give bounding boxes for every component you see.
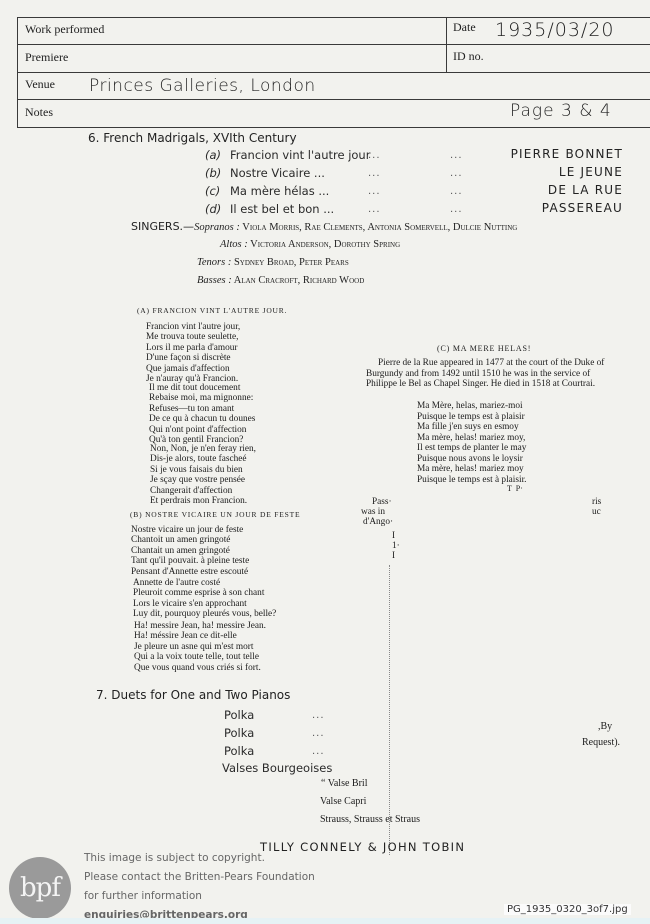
piece-title: Polka <box>224 708 254 722</box>
leader-dots: ... <box>450 150 463 161</box>
copyright-notice: This image is subject to copyright. Plea… <box>84 849 315 924</box>
work-performed-label: Work performed <box>25 22 104 37</box>
sopranos-names: Viola Morris, Rae Clements, Antonia Some… <box>242 222 517 233</box>
fold-crease-line <box>389 565 390 855</box>
leader-dots: ... <box>450 168 463 179</box>
piece-title: Valses Bourgeoises <box>222 761 332 775</box>
altos-names: Victoria Anderson, Dorothy Spring <box>250 239 400 250</box>
composer-name: PIERRE BONNET <box>511 147 623 161</box>
lyric-a-stanza: Non, Non, je n'en feray rien, Dis-je alo… <box>150 444 256 506</box>
bottom-band <box>0 918 650 924</box>
piece-title: Il est bel et bon ... <box>230 202 334 216</box>
form-row-divider <box>17 44 650 45</box>
piece-title: Polka <box>224 744 254 758</box>
valse-title: “ Valse Bril <box>321 779 367 789</box>
item-6-title: 6. French Madrigals, XVIth Century <box>88 131 297 145</box>
lyric-d-fragment-line: uc <box>592 507 601 517</box>
form-column-divider <box>446 17 447 72</box>
date-label: Date <box>453 20 476 35</box>
lyric-d-fragment-mark: I <box>392 531 395 541</box>
date-value: 1935/03/20 <box>495 19 615 41</box>
lyric-d-fragment-line: Pass· <box>372 497 392 507</box>
lyric-c-note: Pierre de la Rue appeared in 1477 at the… <box>366 358 606 390</box>
piece-title: Ma mère hélas ... <box>230 184 329 198</box>
piece-letter: (a) <box>205 148 221 162</box>
singers-basses: Basses : Alan Cracroft, Richard Wood <box>197 275 364 286</box>
lyric-a-stanza: Il me dit tout doucement Rebaise moi, ma… <box>149 383 255 445</box>
leader-dots: ... <box>368 168 381 179</box>
form-border-top <box>17 17 650 18</box>
lyric-d-fragment-line: was in <box>361 507 385 517</box>
leader-dots: ... <box>312 728 325 739</box>
notes-value: Page 3 & 4 <box>510 101 612 121</box>
altos-label: Altos : <box>220 239 248 250</box>
item-7-title: 7. Duets for One and Two Pianos <box>96 688 290 702</box>
premiere-label: Premiere <box>25 50 68 65</box>
lyric-b-heading: (b) Nostre vicaire un jour de feste <box>130 510 300 519</box>
leader-dots: ... <box>450 204 463 215</box>
catalogue-form: Work performed Premiere Venue Notes Date… <box>17 17 650 128</box>
form-border-left <box>17 17 18 128</box>
lyric-d-fragment-line: ris <box>592 497 601 507</box>
singers-tenors: Tenors : Sydney Broad, Peter Pears <box>197 257 349 268</box>
tenors-names: Sydney Broad, Peter Pears <box>234 257 349 268</box>
copyright-line: This image is subject to copyright. <box>84 849 315 868</box>
lyric-a-stanza: Francion vint l'autre jour, Me trouva to… <box>146 322 240 384</box>
file-name-label: PG_1935_0320_3of7.jpg <box>504 904 631 915</box>
by-request-fragment: Request). <box>582 738 620 748</box>
singers-sopranos: SINGERS.—Sopranos : Viola Morris, Rae Cl… <box>131 220 517 233</box>
venue-label: Venue <box>25 77 55 92</box>
basses-names: Alan Cracroft, Richard Wood <box>234 275 364 286</box>
id-label: ID no. <box>453 49 484 64</box>
basses-label: Basses : <box>197 275 232 286</box>
form-row-divider <box>17 72 650 73</box>
composer-name: DE LA RUE <box>548 183 623 197</box>
venue-value: Princes Galleries, London <box>89 76 316 96</box>
piece-title: Francion vint l'autre jour <box>230 148 370 162</box>
bpf-logo-text: bpf <box>20 873 60 903</box>
by-request-fragment: ,By <box>598 722 612 732</box>
piece-title: Nostre Vicaire ... <box>230 166 325 180</box>
lyric-c-stanza: Ma Mère, helas, mariez-moi Puisque le te… <box>417 401 526 485</box>
lyric-c-heading: (c) Ma mere helas! <box>437 344 531 353</box>
copyright-line: Please contact the Britten-Pears Foundat… <box>84 868 315 887</box>
piece-title: Polka <box>224 726 254 740</box>
lyric-b-stanza: Nostre vicaire un jour de feste Chantoit… <box>131 525 249 577</box>
lyric-b-stanza: Annette de l'autre costé Pleuroit comme … <box>133 578 276 620</box>
composer-name: LE JEUNE <box>559 165 623 179</box>
lyric-d-fragment-mark: 1· <box>392 541 400 551</box>
valse-title: Strauss, Strauss et Straus <box>320 815 420 825</box>
lyric-b-stanza: Ha! messire Jean, ha! messire Jean. Ha! … <box>134 621 266 673</box>
piece-letter: (d) <box>205 202 221 216</box>
leader-dots: ... <box>368 186 381 197</box>
notes-label: Notes <box>25 105 53 120</box>
piece-letter: (c) <box>205 184 220 198</box>
leader-dots: ... <box>368 204 381 215</box>
composer-name: PASSEREAU <box>542 201 623 215</box>
leader-dots: ... <box>450 186 463 197</box>
singers-altos: Altos : Victoria Anderson, Dorothy Sprin… <box>220 239 400 250</box>
form-border-bottom <box>17 127 650 128</box>
lyric-d-fragment-line: d'Ango· <box>363 517 393 527</box>
singers-lead: SINGERS.— <box>131 220 194 233</box>
copyright-line: for further information <box>84 887 315 906</box>
bpf-logo: bpf <box>9 857 71 919</box>
lyric-a-heading: (a) Francion vint l'autre jour. <box>137 306 287 315</box>
leader-dots: ... <box>312 746 325 757</box>
leader-dots: ... <box>312 710 325 721</box>
sopranos-label: Sopranos : <box>194 222 240 233</box>
tenors-label: Tenors : <box>197 257 231 268</box>
lyric-d-heading-fragment: T P· <box>507 484 523 494</box>
lyric-d-fragment-mark: I <box>392 551 395 561</box>
form-row-divider <box>17 99 650 100</box>
leader-dots: ... <box>368 150 381 161</box>
valse-title: Valse Capri <box>320 797 366 807</box>
piece-letter: (b) <box>205 166 221 180</box>
